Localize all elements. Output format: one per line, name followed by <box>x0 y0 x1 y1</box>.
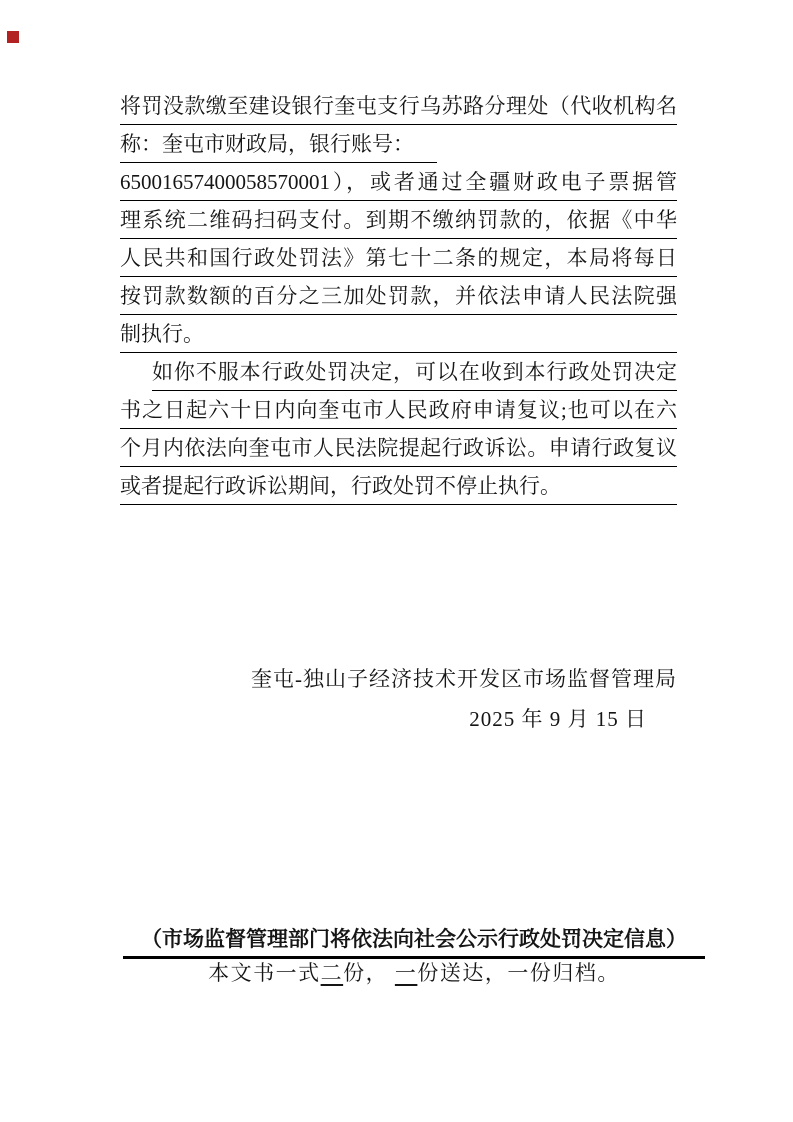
footer-notice-text: （市场监督管理部门将依法向社会公示行政处罚决定信息） <box>141 928 687 951</box>
document-body: 将罚没款缴至建设银行奎屯支行乌苏路分理处（代收机构名 称：奎屯市财政局，银行账号… <box>120 87 677 505</box>
document-page: 将罚没款缴至建设银行奎屯支行乌苏路分理处（代收机构名 称：奎屯市财政局，银行账号… <box>0 0 793 1122</box>
copies-text-mid: 份， <box>343 961 395 985</box>
body-line: 将罚没款缴至建设银行奎屯支行乌苏路分理处（代收机构名 <box>120 87 677 125</box>
copies-text-suffix: 份送达，一份归档。 <box>417 961 620 985</box>
page-corner-marker <box>7 31 19 43</box>
body-line: 人民共和国行政处罚法》第七十二条的规定，本局将每日 <box>120 239 677 277</box>
body-line: 称：奎屯市财政局，银行账号： <box>120 125 677 163</box>
body-line-underlined-segment: 称：奎屯市财政局，银行账号： <box>120 125 437 163</box>
body-line: 65001657400058570001），或者通过全疆财政电子票据管 <box>120 163 677 201</box>
body-line: 如你不服本行政处罚决定，可以在收到本行政处罚决定 <box>120 353 677 391</box>
body-line: 制执行。 <box>120 315 677 353</box>
footer-copies-statement: 本文书一式二份， 一份送达，一份归档。 <box>123 957 705 987</box>
serve-count-underlined: 一 <box>395 961 418 985</box>
signature-date: 2025 年 9 月 15 日 <box>469 703 647 733</box>
signature-agency-name: 奎屯-独山子经济技术开发区市场监督管理局 <box>251 663 677 693</box>
body-line: 按罚款数额的百分之三加处罚款，并依法申请人民法院强 <box>120 277 677 315</box>
body-line: 个月内依法向奎屯市人民法院提起行政诉讼。申请行政复议 <box>120 429 677 467</box>
copies-text-prefix: 本文书一式 <box>208 961 321 985</box>
copies-count-underlined: 二 <box>321 961 344 985</box>
body-line: 理系统二维码扫码支付。到期不缴纳罚款的，依据《中华 <box>120 201 677 239</box>
paragraph-first-line: 如你不服本行政处罚决定，可以在收到本行政处罚决定 <box>152 353 677 391</box>
body-line: 或者提起行政诉讼期间，行政处罚不停止执行。 <box>120 467 677 505</box>
footer-public-notice: （市场监督管理部门将依法向社会公示行政处罚决定信息） <box>123 923 705 959</box>
body-line: 书之日起六十日内向奎屯市人民政府申请复议;也可以在六 <box>120 391 677 429</box>
